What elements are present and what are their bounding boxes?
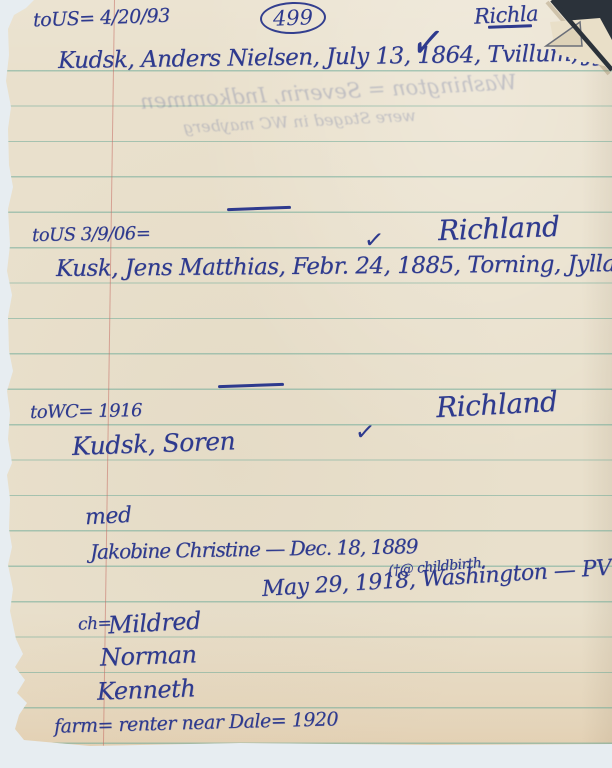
children-label: ch= [78, 613, 112, 634]
child-name: Norman [100, 640, 197, 671]
entry3-name: Kudsk, Soren [71, 426, 235, 461]
scanned-page: Washington = Severin, Indkommen were Sta… [0, 0, 612, 768]
source-date-note: toWC= 1916 [30, 400, 142, 423]
child-name: Mildred [107, 607, 201, 640]
source-date-note: toUS 3/9/06= [32, 223, 151, 246]
checkmark-icon: ✓ [363, 227, 386, 253]
child-name: Kenneth [97, 674, 196, 705]
paper-sheet: Washington = Severin, Indkommen were Sta… [0, 0, 612, 746]
place-note: Richland [437, 210, 559, 247]
folded-corner [500, 0, 612, 92]
entry2-name-line: Kusk, Jens Matthias, Febr. 24, 1885, Tor… [56, 251, 612, 282]
checkmark-icon: ✓ [354, 419, 377, 445]
married-label: med [84, 503, 132, 530]
page-number-circle: 499 [259, 1, 326, 35]
page-number: 499 [273, 5, 314, 30]
source-date-note: toUS= 4/20/93 [33, 5, 170, 32]
place-note: Richland [435, 385, 558, 424]
